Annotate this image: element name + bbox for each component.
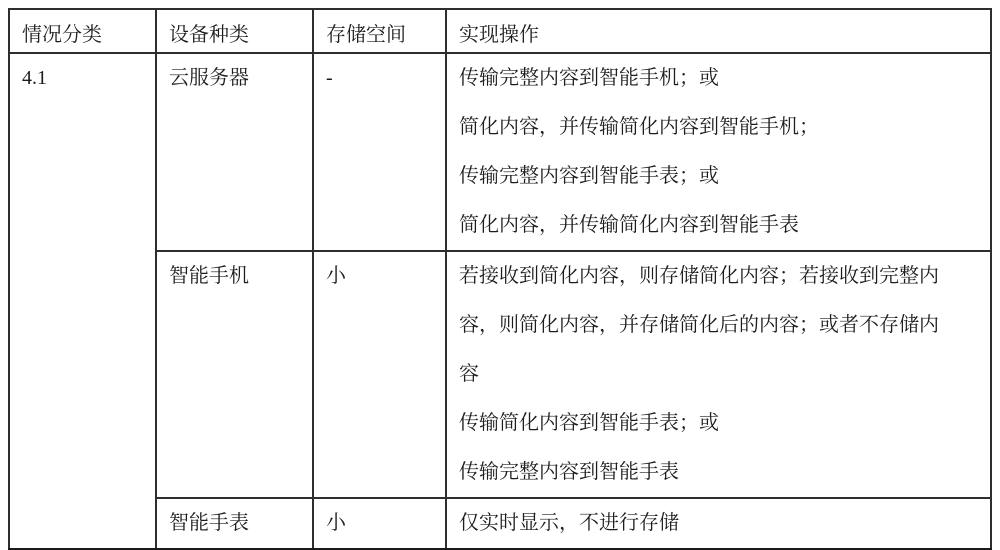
table-row-smartwatch: 智能手表 小 仅实时显示，不进行存储	[9, 498, 991, 550]
operation-line: 若接收到简化内容，则存储简化内容；若接收到完整内	[459, 252, 986, 301]
table-row-cloud-server: 4.1 云服务器 - 传输完整内容到智能手机；或 简化内容，并传输简化内容到智能…	[9, 53, 991, 251]
header-cell-operation: 实现操作	[446, 9, 991, 53]
header-cell-device: 设备种类	[156, 9, 313, 53]
operation-line: 传输简化内容到智能手表；或	[459, 399, 986, 448]
cell-storage-smartwatch: 小	[313, 498, 446, 550]
cell-operations-smartwatch: 仅实时显示，不进行存储	[446, 498, 991, 550]
cell-device-smartphone: 智能手机	[156, 251, 313, 498]
cell-device-cloud-server: 云服务器	[156, 53, 313, 251]
storage-text: -	[326, 54, 441, 103]
operation-line: 仅实时显示，不进行存储	[459, 499, 986, 548]
cell-storage-smartphone: 小	[313, 251, 446, 498]
header-cell-storage: 存储空间	[313, 9, 446, 53]
storage-text: 小	[326, 252, 441, 301]
cell-storage-cloud-server: -	[313, 53, 446, 251]
case-id-text: 4.1	[22, 54, 151, 103]
cell-operations-cloud-server: 传输完整内容到智能手机；或 简化内容，并传输简化内容到智能手机； 传输完整内容到…	[446, 53, 991, 251]
device-text: 云服务器	[169, 54, 308, 103]
operation-line: 简化内容，并传输简化内容到智能手表	[459, 201, 986, 250]
cell-device-smartwatch: 智能手表	[156, 498, 313, 550]
operation-line: 容，则简化内容，并存储简化后的内容；或者不存储内	[459, 301, 986, 350]
device-text: 智能手机	[169, 252, 308, 301]
operation-line: 容	[459, 350, 986, 399]
table-row-smartphone: 智能手机 小 若接收到简化内容，则存储简化内容；若接收到完整内 容，则简化内容，…	[9, 251, 991, 498]
operation-line: 传输完整内容到智能手机；或	[459, 54, 986, 103]
operation-line: 简化内容，并传输简化内容到智能手机；	[459, 103, 986, 152]
device-text: 智能手表	[169, 499, 308, 548]
table-header-row: 情况分类 设备种类 存储空间 实现操作	[9, 9, 991, 53]
cell-operations-smartphone: 若接收到简化内容，则存储简化内容；若接收到完整内 容，则简化内容，并存储简化后的…	[446, 251, 991, 498]
header-cell-category: 情况分类	[9, 9, 156, 53]
cell-case-id: 4.1	[9, 53, 156, 550]
operation-line: 传输完整内容到智能手表	[459, 448, 986, 497]
storage-text: 小	[326, 499, 441, 548]
operation-line: 传输完整内容到智能手表；或	[459, 152, 986, 201]
patent-case-table: 情况分类 设备种类 存储空间 实现操作 4.1 云服务器 - 传输完整内容到智能…	[8, 8, 992, 550]
